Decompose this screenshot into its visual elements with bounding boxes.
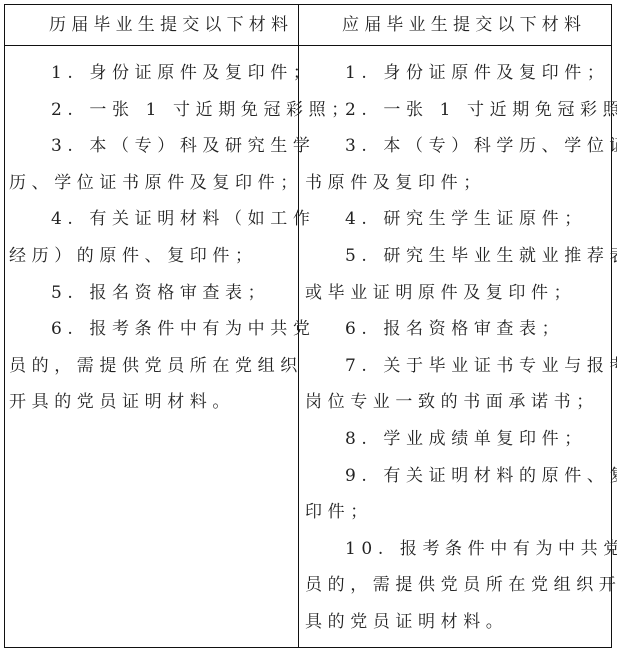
material-line: 2. 一张 1 寸近期免冠彩照； bbox=[9, 92, 297, 129]
material-line: 或毕业证明原件及复印件； bbox=[305, 275, 611, 312]
material-line: 5. 研究生毕业生就业推荐表 bbox=[305, 238, 611, 275]
material-line: 员的，需提供党员所在党组织 bbox=[9, 348, 297, 385]
material-line: 4. 有关证明材料（如工作 bbox=[9, 201, 297, 238]
material-line: 9. 有关证明材料的原件、复 bbox=[305, 458, 611, 495]
material-line: 1. 身份证原件及复印件； bbox=[305, 55, 611, 92]
material-line: 6. 报名资格审查表； bbox=[305, 311, 611, 348]
material-line: 8. 学业成绩单复印件； bbox=[305, 421, 611, 458]
material-line: 4. 研究生学生证原件； bbox=[305, 201, 611, 238]
material-line: 具的党员证明材料。 bbox=[305, 604, 611, 641]
material-line: 7. 关于毕业证书专业与报考 bbox=[305, 348, 611, 385]
material-line: 10. 报考条件中有为中共党 bbox=[305, 531, 611, 568]
header-previous-graduates: 历届毕业生提交以下材料 bbox=[49, 5, 293, 45]
material-line: 员的，需提供党员所在党组织开 bbox=[305, 567, 611, 604]
material-line: 印件； bbox=[305, 494, 611, 531]
current-graduates-materials: 1. 身份证原件及复印件；2. 一张 1 寸近期免冠彩照；3. 本（专）科学历、… bbox=[305, 55, 611, 641]
material-line: 岗位专业一致的书面承诺书； bbox=[305, 384, 611, 421]
material-line: 开具的党员证明材料。 bbox=[9, 384, 297, 421]
material-line: 2. 一张 1 寸近期免冠彩照； bbox=[305, 92, 611, 129]
material-line: 1. 身份证原件及复印件； bbox=[9, 55, 297, 92]
material-line: 经历）的原件、复印件； bbox=[9, 238, 297, 275]
header-current-graduates: 应届毕业生提交以下材料 bbox=[342, 5, 586, 45]
material-line: 历、学位证书原件及复印件； bbox=[9, 165, 297, 202]
material-line: 6. 报考条件中有为中共党 bbox=[9, 311, 297, 348]
material-line: 3. 本（专）科及研究生学 bbox=[9, 128, 297, 165]
header-divider bbox=[5, 45, 611, 46]
material-line: 5. 报名资格审查表； bbox=[9, 275, 297, 312]
previous-graduates-materials: 1. 身份证原件及复印件；2. 一张 1 寸近期免冠彩照；3. 本（专）科及研究… bbox=[9, 55, 297, 421]
material-line: 书原件及复印件； bbox=[305, 165, 611, 202]
material-line: 3. 本（专）科学历、学位证 bbox=[305, 128, 611, 165]
materials-table: 历届毕业生提交以下材料 应届毕业生提交以下材料 1. 身份证原件及复印件；2. … bbox=[4, 4, 612, 648]
